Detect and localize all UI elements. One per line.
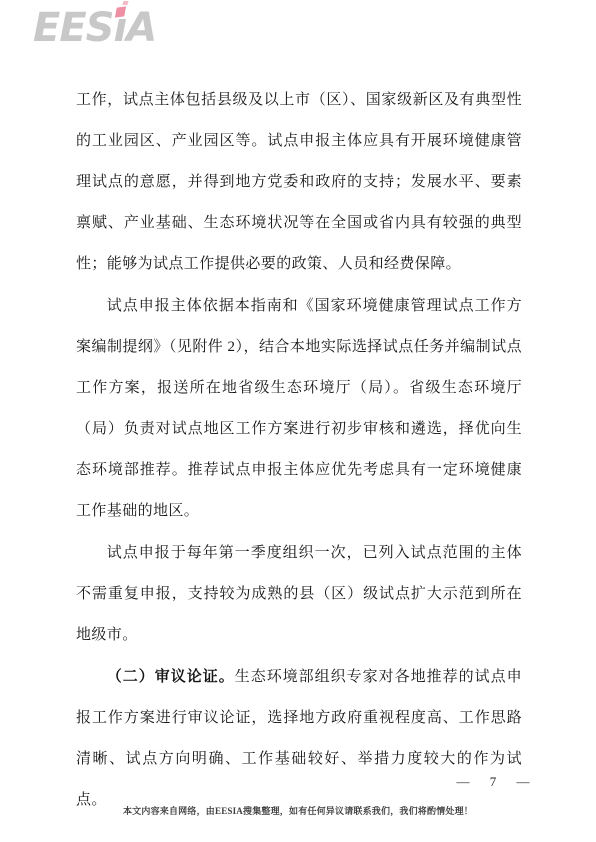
paragraph-4-lead: （二）审议论证。 — [107, 668, 235, 685]
paragraph-2-text: 试点申报主体依据本指南和《国家环境健康管理试点工作方案编制提纲》（见附件 2），… — [76, 298, 522, 519]
document-page: EESıA 工作，试点主体包括县级及以上市（区）、国家级新区及有典型性的工业园区… — [0, 0, 596, 842]
eesia-logo: EESıA — [33, 4, 156, 52]
eesia-logo-letter-i: ı — [113, 4, 126, 52]
paragraph-3: 试点申报于每年第一季度组织一次，已列入试点范围的主体不需重复申报，支持较为成熟的… — [76, 532, 522, 656]
document-body: 工作，试点主体包括县级及以上市（区）、国家级新区及有典型性的工业园区、产业园区等… — [76, 79, 522, 821]
paragraph-2: 试点申报主体依据本指南和《国家环境健康管理试点工作方案编制提纲》（见附件 2），… — [76, 285, 522, 532]
paragraph-3-text: 试点申报于每年第一季度组织一次，已列入试点范围的主体不需重复申报，支持较为成熟的… — [76, 545, 522, 643]
paragraph-1: 工作，试点主体包括县级及以上市（区）、国家级新区及有典型性的工业园区、产业园区等… — [76, 79, 522, 285]
eesia-logo-text-suffix: A — [126, 5, 156, 51]
page-number: — 7 — — [450, 774, 540, 790]
paragraph-4: （二）审议论证。生态环境部组织专家对各地推荐的试点申报工作方案进行审议论证，选择… — [76, 656, 522, 821]
eesia-logo-text-prefix: EES — [33, 5, 113, 51]
footer-note: 本文内容来自网络，由EESIA搜集整理，如有任何异议请联系我们，我们将酌情处理！ — [0, 804, 596, 817]
paragraph-1-text: 工作，试点主体包括县级及以上市（区）、国家级新区及有典型性的工业园区、产业园区等… — [76, 92, 522, 272]
